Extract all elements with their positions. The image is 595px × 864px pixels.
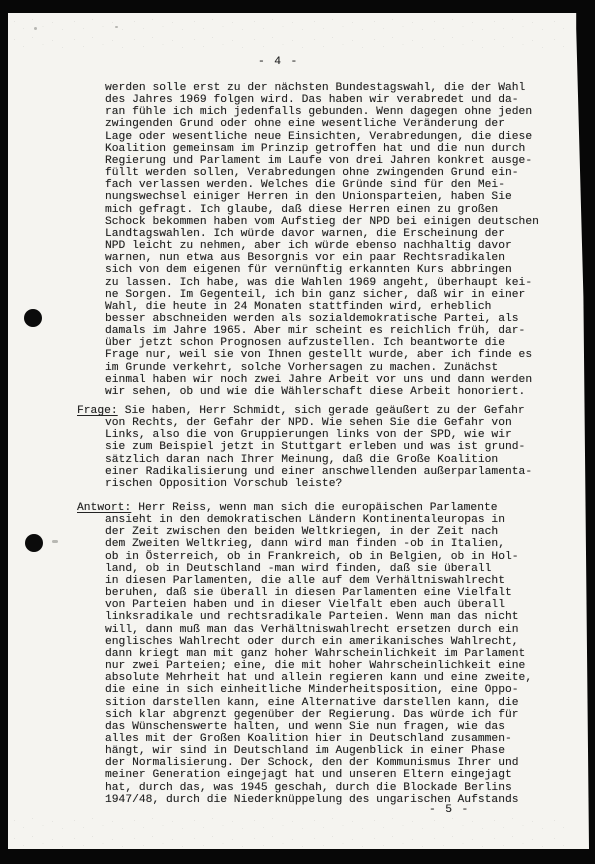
answer-text: Herr Reiss, wenn man sich die europäisch… <box>105 502 532 806</box>
answer-label: Antwort: <box>77 502 131 514</box>
scan-noise-top <box>10 16 571 50</box>
question-block: Frage:Sie haben, Herr Schmidt, sich gera… <box>77 405 580 490</box>
scan-border-bottom <box>0 849 595 864</box>
ink-smudge <box>52 540 58 543</box>
question-label: Frage: <box>77 405 118 417</box>
answer-continuation-paragraph: werden solle erst zu der nächsten Bundes… <box>105 82 539 398</box>
scan-border-left <box>0 0 8 864</box>
hole-punch-bottom <box>25 534 43 552</box>
scan-noise-bottom <box>10 815 571 847</box>
page-number-header: - 4 - <box>258 56 299 68</box>
answer-block: Antwort:Herr Reiss, wenn man sich die eu… <box>77 502 580 806</box>
hole-punch-top <box>24 309 42 327</box>
page-number-footer: - 5 - <box>429 804 470 816</box>
ink-speck <box>34 27 37 30</box>
scan-border-top <box>0 0 595 13</box>
question-text: Sie haben, Herr Schmidt, sich gerade geä… <box>105 405 532 490</box>
scanned-document-page: { "colors": { "paper": "#f5f4f0", "ink":… <box>0 0 595 864</box>
ink-speck <box>115 26 118 28</box>
